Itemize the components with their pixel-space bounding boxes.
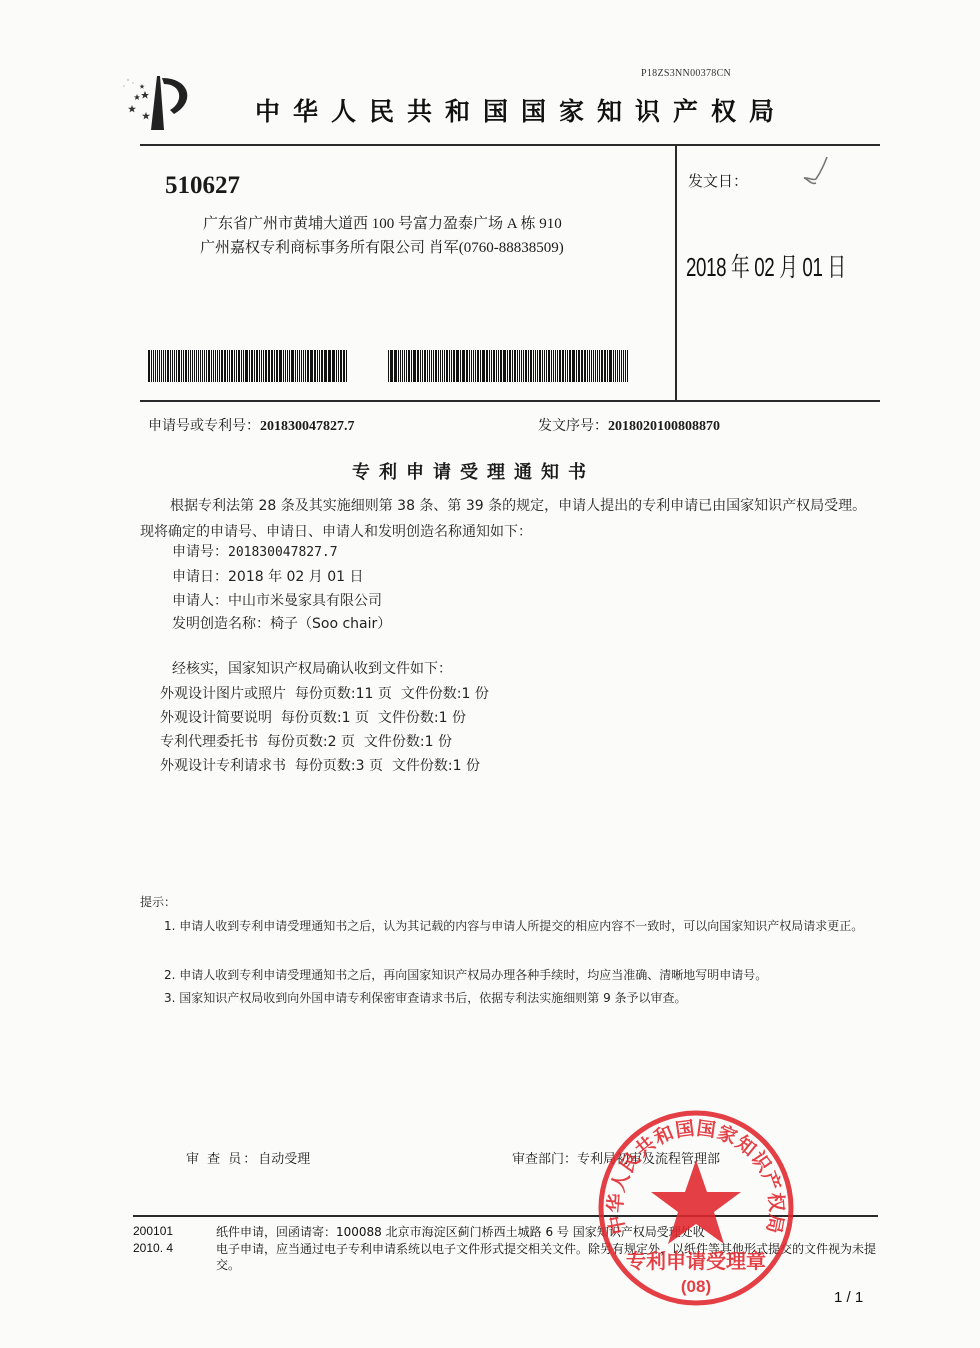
office-name: 中华人民共和国国家知识产权局 <box>255 92 787 128</box>
field-label: 申请号： <box>172 544 228 560</box>
notice-title: 专利申请受理通知书 <box>352 458 595 484</box>
application-number-line: 申请号或专利号：201830047827.7 <box>148 415 355 435</box>
field-value: 椅子（Soo chair） <box>270 616 391 632</box>
file-pages: 每份页数:11 页 <box>295 686 392 702</box>
issue-box-divider <box>675 144 677 402</box>
department-label: 审查部门： <box>512 1152 577 1167</box>
field-value: 201830047827.7 <box>228 545 338 560</box>
reference-rule <box>140 400 880 402</box>
file-name: 外观设计图片或照片 <box>160 686 286 702</box>
serial-number: 2018020100808870 <box>608 419 720 434</box>
notice-intro: 根据专利法第 28 条及其实施细则第 38 条、第 39 条的规定，申请人提出的… <box>140 493 880 545</box>
file-name: 专利代理委托书 <box>160 734 258 750</box>
field-value: 中山市米曼家具有限公司 <box>228 593 382 609</box>
file-pages: 每份页数:2 页 <box>267 734 355 750</box>
field-design-name: 发明创造名称：椅子（Soo chair） <box>172 613 391 633</box>
recipient-agency: 广州嘉权专利商标事务所有限公司 肖军(0760-88838509) <box>200 236 564 257</box>
postcode: 510627 <box>165 172 240 200</box>
hint-item: 1. 申请人收到专利申请受理通知书之后，认为其记载的内容与申请人所提交的相应内容… <box>140 915 880 938</box>
application-number-label: 申请号或专利号： <box>148 418 260 434</box>
page-indicator: 1 / 1 <box>834 1289 863 1306</box>
field-application-date: 申请日：2018 年 02 月 01 日 <box>172 566 364 586</box>
header-rule <box>140 144 880 146</box>
file-row: 专利代理委托书 每份页数:2 页 文件份数:1 份 <box>160 731 452 751</box>
field-label: 申请人： <box>172 593 228 609</box>
handwritten-mark-icon <box>800 155 830 191</box>
form-code: 200101 <box>133 1224 173 1238</box>
examiner: 自动受理 <box>258 1152 310 1167</box>
examiner-label: 审 查 员： <box>186 1152 258 1167</box>
file-pages: 每份页数:3 页 <box>295 758 383 774</box>
serial-number-label: 发文序号： <box>538 418 608 434</box>
issue-date: 2018 年 02 月 01 日 <box>686 247 846 284</box>
file-row: 外观设计专利请求书 每份页数:3 页 文件份数:1 份 <box>160 755 480 775</box>
svg-text:专利申请受理章: 专利申请受理章 <box>626 1249 766 1273</box>
file-row: 外观设计简要说明 每份页数:1 页 文件份数:1 份 <box>160 707 466 727</box>
barcode-right <box>388 350 628 382</box>
examiner-line: 审 查 员：自动受理 <box>186 1148 310 1167</box>
application-number: 201830047827.7 <box>260 419 355 434</box>
issue-date-label: 发文日： <box>688 170 748 191</box>
serial-number-line: 发文序号：2018020100808870 <box>538 415 720 435</box>
file-name: 外观设计专利请求书 <box>160 758 286 774</box>
file-row: 外观设计图片或照片 每份页数:11 页 文件份数:1 份 <box>160 683 489 703</box>
hint-item: 2. 申请人收到专利申请受理通知书之后，再向国家知识产权局办理各种手续时，均应当… <box>140 964 880 987</box>
received-intro: 经核实，国家知识产权局确认收到文件如下： <box>172 658 452 678</box>
recipient-address: 广东省广州市黄埔大道西 100 号富力盈泰广场 A 栋 910 <box>203 212 562 233</box>
field-value: 2018 年 02 月 01 日 <box>228 569 364 585</box>
form-version: 2010. 4 <box>133 1241 173 1255</box>
field-label: 申请日： <box>172 569 228 585</box>
field-applicant: 申请人：中山市米曼家具有限公司 <box>172 590 382 610</box>
field-application-number: 申请号：201830047827.7 <box>172 541 338 561</box>
file-copies: 文件份数:1 份 <box>378 710 466 726</box>
svg-text:(08): (08) <box>681 1277 711 1296</box>
file-name: 外观设计简要说明 <box>160 710 272 726</box>
file-pages: 每份页数:1 页 <box>281 710 369 726</box>
document-code: P18ZS3NN00378CN <box>641 68 731 79</box>
field-label: 发明创造名称： <box>172 616 270 632</box>
official-seal-icon: 中华人民共和国国家知识产权局 专利申请受理章 (08) <box>596 1108 796 1308</box>
file-copies: 文件份数:1 份 <box>364 734 452 750</box>
hints-title: 提示： <box>140 893 176 910</box>
file-copies: 文件份数:1 份 <box>392 758 480 774</box>
barcode-left <box>148 350 348 382</box>
hint-item: 3. 国家知识产权局收到向外国申请专利保密审查请求书后，依据专利法实施细则第 9… <box>140 987 880 1010</box>
cnipa-logo-icon <box>120 74 200 134</box>
file-copies: 文件份数:1 份 <box>401 686 489 702</box>
